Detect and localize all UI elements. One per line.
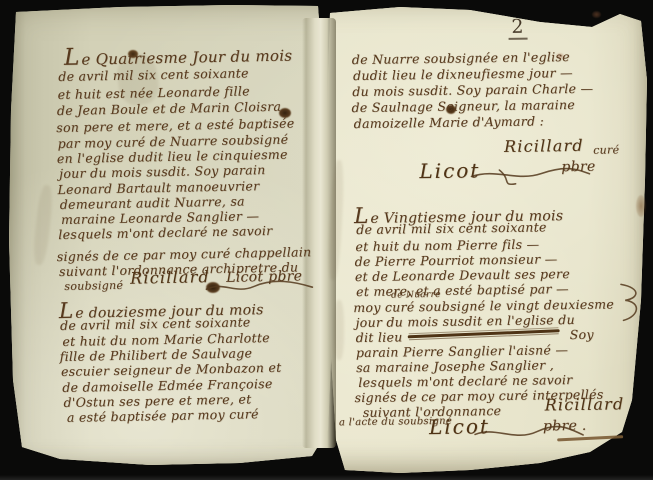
manuscript-line: et mere, et a esté baptisé par —: [356, 281, 569, 299]
page-number: 2: [508, 16, 527, 40]
scan-bottom-edge: [0, 475, 653, 480]
manuscript-line: damoizelle Marie d'Aymard :: [354, 113, 545, 131]
signature-ricillard: Ricillard: [504, 136, 584, 156]
signature-ricillard: Ricillard: [545, 394, 625, 414]
manuscript-line: de Saulnage Seigneur, la maraine: [351, 97, 575, 115]
crossed-out-text: [408, 329, 560, 338]
right-page-text: 2 de Nuarre soubsignée en l'eglise dudit…: [0, 0, 653, 480]
manuscript-line: de Nuarre soubsignée en l'eglise: [352, 49, 570, 67]
signature-suffix: curé: [593, 143, 619, 156]
manuscript-line: de avril mil six cent soixante: [356, 219, 547, 237]
manuscript-line: Soy: [570, 327, 594, 342]
manuscript-line: jour du mois susdit en l'eglise du: [355, 312, 575, 330]
manuscript-line: dudit lieu le dixneufiesme jour —: [353, 65, 573, 83]
margin-paraph: [617, 282, 644, 322]
signature-flourish: [471, 165, 591, 187]
manuscript-scan: Le Quatriesme Jour du mois de avril mil …: [0, 0, 653, 480]
manuscript-line: dit lieu: [356, 329, 403, 345]
